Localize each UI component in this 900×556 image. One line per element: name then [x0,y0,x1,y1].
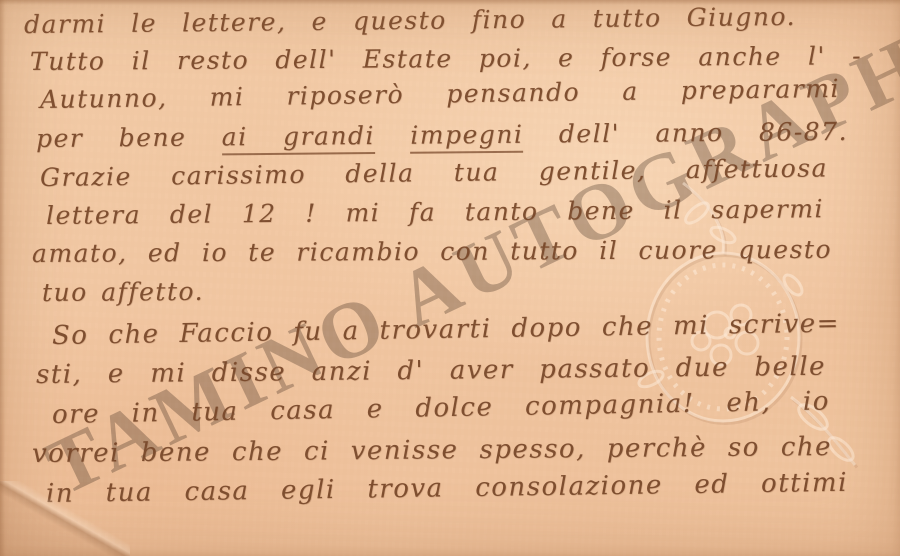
handwritten-line: Tutto il resto dell' Estate poi, e forse… [30,41,862,77]
paper-edge-shadow-left [0,0,5,556]
handwritten-line: tuo affetto. [42,277,204,308]
handwritten-line: Autunno, mi riposerò pensando a preparar… [40,74,840,115]
handwritten-line: vorrei bene che ci venisse spesso, perch… [32,432,832,470]
handwritten-line: amato, ed io te ricambio con tutto il cu… [32,235,832,269]
handwritten-line: per bene ai grandi impegni dell' anno 86… [36,117,848,154]
handwritten-line: in tua casa egli trova consolazione ed o… [46,468,848,510]
handwritten-line: darmi le lettere, e questo fino a tutto … [24,2,796,40]
handwritten-line: ore in tua casa e dolce compagnia! eh, i… [52,386,830,431]
handwritten-line: So che Faccio fu a trovarti dopo che mi … [52,309,840,353]
letter-scan: TAMINO AUTOGRAPHS darmi le lettere, e [0,0,900,556]
handwritten-line: sti, e mi disse anzi d' aver passato due… [36,352,826,391]
handwritten-line: Grazie carissimo della tua gentile, affe… [40,153,828,193]
handwritten-line: lettera del 12 ! mi fa tanto bene il sap… [46,194,824,231]
